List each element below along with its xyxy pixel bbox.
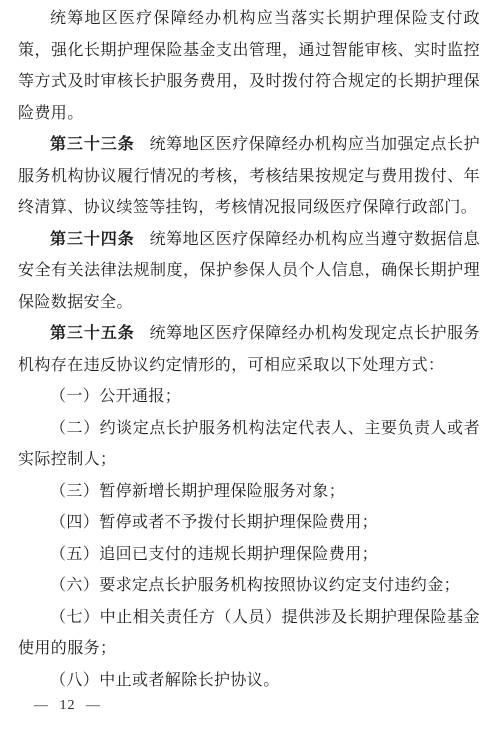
list-item-7: （七）中止相关责任方（人员）提供涉及长期护理保险基金使用的服务； [18,602,480,665]
article-number: 第三十三条 [50,136,150,153]
list-item-8: （八）中止或者解除长护协议。 [18,665,480,697]
article-number: 第三十五条 [50,325,150,342]
list-item-3: （三）暂停新增长期护理保险服务对象； [18,476,480,508]
list-item-1: （一）公开通报； [18,381,480,413]
paragraph-text: （七）中止相关责任方（人员）提供涉及长期护理保险基金使用的服务； [18,609,480,658]
paragraph-article-33: 第三十三条统筹地区医疗保障经办机构应当加强定点长护服务机构协议履行情况的考核，考… [18,129,480,224]
page-number: — 12 — [34,698,101,714]
list-item-2: （二）约谈定点长护服务机构法定代表人、主要负责人或者实际控制人； [18,413,480,476]
document-body: 统筹地区医疗保障经办机构应当落实长期护理保险支付政策，强化长期护理保险基金支出管… [18,3,480,696]
paragraph-text: （五）追回已支付的违规长期护理保险费用； [50,546,378,563]
paragraph-article-35: 第三十五条统筹地区医疗保障经办机构发现定点长护服务机构存在违反协议约定情形的，可… [18,318,480,381]
list-item-5: （五）追回已支付的违规长期护理保险费用； [18,539,480,571]
article-number: 第三十四条 [50,231,150,248]
paragraph-text: （一）公开通报； [50,388,181,405]
paragraph-text: 统筹地区医疗保障经办机构应当落实长期护理保险支付政策，强化长期护理保险基金支出管… [18,10,480,122]
paragraph-text: （八）中止或者解除长护协议。 [50,672,280,689]
paragraph-text: （六）要求定点长护服务机构按照协议约定支付违约金； [50,577,460,594]
paragraph: 统筹地区医疗保障经办机构应当落实长期护理保险支付政策，强化长期护理保险基金支出管… [18,3,480,129]
paragraph-text: （三）暂停新增长期护理保险服务对象； [50,483,345,500]
list-item-4: （四）暂停或者不予拨付长期护理保险费用； [18,507,480,539]
document-page: 统筹地区医疗保障经办机构应当落实长期护理保险支付政策，强化长期护理保险基金支出管… [0,0,499,735]
paragraph-article-34: 第三十四条统筹地区医疗保障经办机构应当遵守数据信息安全有关法律法规制度，保护参保… [18,224,480,319]
paragraph-text: （四）暂停或者不予拨付长期护理保险费用； [50,514,378,531]
paragraph-text: （二）约谈定点长护服务机构法定代表人、主要负责人或者实际控制人； [18,420,480,469]
list-item-6: （六）要求定点长护服务机构按照协议约定支付违约金； [18,570,480,602]
